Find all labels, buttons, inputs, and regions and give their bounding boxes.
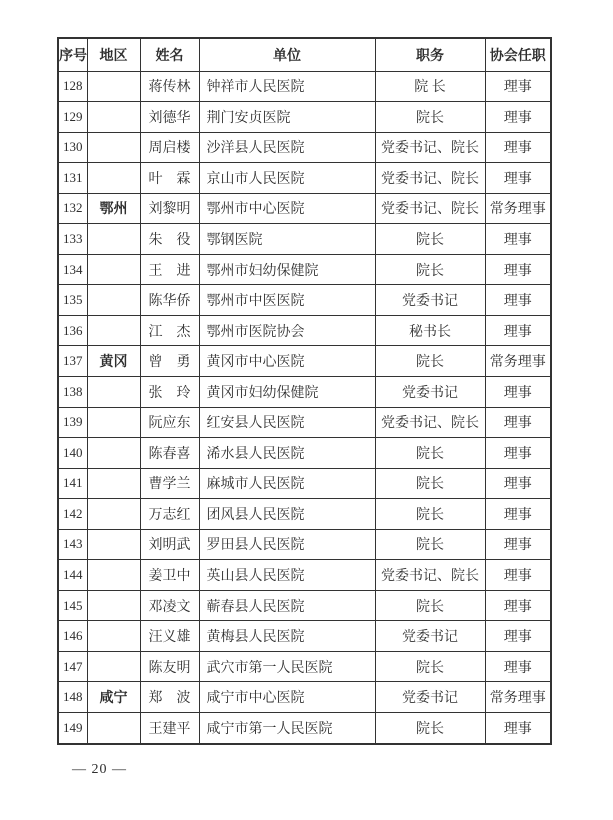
table-row: 131 叶 霖 京山市人民医院 党委书记、院长 理事 bbox=[58, 163, 551, 194]
cell-name: 江 杰 bbox=[140, 315, 199, 346]
cell-region bbox=[87, 224, 140, 255]
cell-organization: 武穴市第一人民医院 bbox=[199, 651, 375, 682]
cell-region bbox=[87, 102, 140, 133]
cell-region bbox=[87, 712, 140, 744]
cell-organization: 鄂州市医院协会 bbox=[199, 315, 375, 346]
table-row: 137 黄冈 曾 勇 黄冈市中心医院 院长 常务理事 bbox=[58, 346, 551, 377]
cell-region: 鄂州 bbox=[87, 193, 140, 224]
table-body: 128 蒋传林 钟祥市人民医院 院 长 理事 129 刘德华 荆门安贞医院 院长… bbox=[58, 71, 551, 744]
cell-region bbox=[87, 163, 140, 194]
cell-position: 院长 bbox=[375, 590, 485, 621]
cell-organization: 钟祥市人民医院 bbox=[199, 71, 375, 102]
table-row: 142 万志红 团风县人民医院 院长 理事 bbox=[58, 499, 551, 530]
cell-organization: 咸宁市第一人民医院 bbox=[199, 712, 375, 744]
cell-name: 王 进 bbox=[140, 254, 199, 285]
cell-region bbox=[87, 529, 140, 560]
cell-association-role: 理事 bbox=[485, 102, 551, 133]
table-row: 146 汪义雄 黄梅县人民医院 党委书记 理事 bbox=[58, 621, 551, 652]
cell-organization: 英山县人民医院 bbox=[199, 560, 375, 591]
cell-organization: 团风县人民医院 bbox=[199, 499, 375, 530]
cell-serial-number: 131 bbox=[58, 163, 87, 194]
cell-name: 陈华侨 bbox=[140, 285, 199, 316]
cell-serial-number: 149 bbox=[58, 712, 87, 744]
cell-association-role: 理事 bbox=[485, 590, 551, 621]
cell-serial-number: 129 bbox=[58, 102, 87, 133]
cell-position: 秘书长 bbox=[375, 315, 485, 346]
cell-serial-number: 137 bbox=[58, 346, 87, 377]
cell-organization: 蕲春县人民医院 bbox=[199, 590, 375, 621]
table-row: 135 陈华侨 鄂州市中医医院 党委书记 理事 bbox=[58, 285, 551, 316]
cell-organization: 红安县人民医院 bbox=[199, 407, 375, 438]
cell-name: 曹学兰 bbox=[140, 468, 199, 499]
cell-region bbox=[87, 621, 140, 652]
cell-association-role: 理事 bbox=[485, 315, 551, 346]
cell-serial-number: 133 bbox=[58, 224, 87, 255]
cell-position: 院长 bbox=[375, 438, 485, 469]
cell-region bbox=[87, 71, 140, 102]
cell-name: 阮应东 bbox=[140, 407, 199, 438]
cell-position: 院 长 bbox=[375, 71, 485, 102]
table-row: 129 刘德华 荆门安贞医院 院长 理事 bbox=[58, 102, 551, 133]
cell-region bbox=[87, 407, 140, 438]
header-position: 职务 bbox=[375, 38, 485, 71]
cell-name: 周启楼 bbox=[140, 132, 199, 163]
cell-position: 院长 bbox=[375, 254, 485, 285]
table-row: 132 鄂州 刘黎明 鄂州市中心医院 党委书记、院长 常务理事 bbox=[58, 193, 551, 224]
cell-serial-number: 147 bbox=[58, 651, 87, 682]
cell-region bbox=[87, 651, 140, 682]
cell-serial-number: 146 bbox=[58, 621, 87, 652]
table-header-row: 序号 地区 姓名 单位 职务 协会任职 bbox=[58, 38, 551, 71]
table-row: 148 咸宁 郑 波 咸宁市中心医院 党委书记 常务理事 bbox=[58, 682, 551, 713]
document-page: 序号 地区 姓名 单位 职务 协会任职 128 蒋传林 钟祥市人民医院 院 长 … bbox=[0, 0, 613, 820]
cell-name: 姜卫中 bbox=[140, 560, 199, 591]
table-row: 138 张 玲 黄冈市妇幼保健院 党委书记 理事 bbox=[58, 376, 551, 407]
cell-serial-number: 139 bbox=[58, 407, 87, 438]
cell-serial-number: 145 bbox=[58, 590, 87, 621]
cell-organization: 荆门安贞医院 bbox=[199, 102, 375, 133]
table-row: 130 周启楼 沙洋县人民医院 党委书记、院长 理事 bbox=[58, 132, 551, 163]
table-row: 145 邓凌文 蕲春县人民医院 院长 理事 bbox=[58, 590, 551, 621]
cell-position: 院长 bbox=[375, 346, 485, 377]
cell-position: 党委书记、院长 bbox=[375, 163, 485, 194]
table-row: 141 曹学兰 麻城市人民医院 院长 理事 bbox=[58, 468, 551, 499]
cell-name: 陈友明 bbox=[140, 651, 199, 682]
cell-name: 蒋传林 bbox=[140, 71, 199, 102]
table-row: 140 陈春喜 浠水县人民医院 院长 理事 bbox=[58, 438, 551, 469]
cell-position: 党委书记 bbox=[375, 621, 485, 652]
table-row: 139 阮应东 红安县人民医院 党委书记、院长 理事 bbox=[58, 407, 551, 438]
cell-serial-number: 136 bbox=[58, 315, 87, 346]
cell-serial-number: 148 bbox=[58, 682, 87, 713]
cell-name: 刘明武 bbox=[140, 529, 199, 560]
cell-position: 院长 bbox=[375, 651, 485, 682]
cell-name: 刘德华 bbox=[140, 102, 199, 133]
cell-serial-number: 135 bbox=[58, 285, 87, 316]
cell-name: 叶 霖 bbox=[140, 163, 199, 194]
cell-region bbox=[87, 468, 140, 499]
cell-region bbox=[87, 560, 140, 591]
cell-association-role: 理事 bbox=[485, 407, 551, 438]
cell-position: 院长 bbox=[375, 529, 485, 560]
cell-name: 王建平 bbox=[140, 712, 199, 744]
cell-organization: 鄂州市中医医院 bbox=[199, 285, 375, 316]
cell-region bbox=[87, 590, 140, 621]
cell-association-role: 常务理事 bbox=[485, 682, 551, 713]
roster-table: 序号 地区 姓名 单位 职务 协会任职 128 蒋传林 钟祥市人民医院 院 长 … bbox=[57, 37, 552, 745]
cell-association-role: 理事 bbox=[485, 71, 551, 102]
cell-organization: 咸宁市中心医院 bbox=[199, 682, 375, 713]
cell-position: 党委书记、院长 bbox=[375, 407, 485, 438]
cell-name: 万志红 bbox=[140, 499, 199, 530]
cell-organization: 浠水县人民医院 bbox=[199, 438, 375, 469]
cell-organization: 沙洋县人民医院 bbox=[199, 132, 375, 163]
cell-serial-number: 128 bbox=[58, 71, 87, 102]
header-serial-number: 序号 bbox=[58, 38, 87, 71]
cell-serial-number: 144 bbox=[58, 560, 87, 591]
cell-position: 院长 bbox=[375, 468, 485, 499]
cell-association-role: 常务理事 bbox=[485, 346, 551, 377]
cell-serial-number: 132 bbox=[58, 193, 87, 224]
table-row: 147 陈友明 武穴市第一人民医院 院长 理事 bbox=[58, 651, 551, 682]
header-name: 姓名 bbox=[140, 38, 199, 71]
cell-organization: 鄂州市妇幼保健院 bbox=[199, 254, 375, 285]
cell-serial-number: 134 bbox=[58, 254, 87, 285]
cell-organization: 黄梅县人民医院 bbox=[199, 621, 375, 652]
cell-position: 院长 bbox=[375, 224, 485, 255]
cell-name: 曾 勇 bbox=[140, 346, 199, 377]
table-row: 128 蒋传林 钟祥市人民医院 院 长 理事 bbox=[58, 71, 551, 102]
cell-position: 党委书记、院长 bbox=[375, 193, 485, 224]
cell-association-role: 常务理事 bbox=[485, 193, 551, 224]
cell-association-role: 理事 bbox=[485, 621, 551, 652]
cell-region bbox=[87, 315, 140, 346]
cell-organization: 麻城市人民医院 bbox=[199, 468, 375, 499]
cell-position: 党委书记、院长 bbox=[375, 132, 485, 163]
cell-region: 咸宁 bbox=[87, 682, 140, 713]
cell-association-role: 理事 bbox=[485, 376, 551, 407]
cell-association-role: 理事 bbox=[485, 529, 551, 560]
cell-association-role: 理事 bbox=[485, 560, 551, 591]
cell-name: 刘黎明 bbox=[140, 193, 199, 224]
cell-organization: 黄冈市中心医院 bbox=[199, 346, 375, 377]
cell-association-role: 理事 bbox=[485, 651, 551, 682]
cell-association-role: 理事 bbox=[485, 468, 551, 499]
cell-position: 党委书记 bbox=[375, 376, 485, 407]
cell-serial-number: 143 bbox=[58, 529, 87, 560]
cell-association-role: 理事 bbox=[485, 712, 551, 744]
cell-position: 院长 bbox=[375, 499, 485, 530]
cell-serial-number: 130 bbox=[58, 132, 87, 163]
table-row: 143 刘明武 罗田县人民医院 院长 理事 bbox=[58, 529, 551, 560]
cell-association-role: 理事 bbox=[485, 163, 551, 194]
cell-region bbox=[87, 438, 140, 469]
table-row: 149 王建平 咸宁市第一人民医院 院长 理事 bbox=[58, 712, 551, 744]
cell-association-role: 理事 bbox=[485, 254, 551, 285]
cell-position: 院长 bbox=[375, 712, 485, 744]
cell-region bbox=[87, 132, 140, 163]
cell-organization: 鄂钢医院 bbox=[199, 224, 375, 255]
cell-region bbox=[87, 285, 140, 316]
cell-region: 黄冈 bbox=[87, 346, 140, 377]
cell-region bbox=[87, 254, 140, 285]
cell-serial-number: 138 bbox=[58, 376, 87, 407]
page-number: — 20 — bbox=[72, 762, 127, 778]
cell-name: 陈春喜 bbox=[140, 438, 199, 469]
cell-name: 郑 波 bbox=[140, 682, 199, 713]
table-row: 136 江 杰 鄂州市医院协会 秘书长 理事 bbox=[58, 315, 551, 346]
cell-name: 张 玲 bbox=[140, 376, 199, 407]
table-row: 134 王 进 鄂州市妇幼保健院 院长 理事 bbox=[58, 254, 551, 285]
cell-association-role: 理事 bbox=[485, 438, 551, 469]
header-region: 地区 bbox=[87, 38, 140, 71]
table-row: 144 姜卫中 英山县人民医院 党委书记、院长 理事 bbox=[58, 560, 551, 591]
cell-region bbox=[87, 499, 140, 530]
cell-organization: 黄冈市妇幼保健院 bbox=[199, 376, 375, 407]
cell-name: 邓凌文 bbox=[140, 590, 199, 621]
cell-organization: 鄂州市中心医院 bbox=[199, 193, 375, 224]
table-row: 133 朱 役 鄂钢医院 院长 理事 bbox=[58, 224, 551, 255]
cell-organization: 京山市人民医院 bbox=[199, 163, 375, 194]
cell-association-role: 理事 bbox=[485, 224, 551, 255]
cell-region bbox=[87, 376, 140, 407]
cell-name: 朱 役 bbox=[140, 224, 199, 255]
cell-association-role: 理事 bbox=[485, 499, 551, 530]
header-association-role: 协会任职 bbox=[485, 38, 551, 71]
cell-serial-number: 140 bbox=[58, 438, 87, 469]
cell-position: 院长 bbox=[375, 102, 485, 133]
cell-position: 党委书记、院长 bbox=[375, 560, 485, 591]
cell-serial-number: 142 bbox=[58, 499, 87, 530]
cell-serial-number: 141 bbox=[58, 468, 87, 499]
cell-name: 汪义雄 bbox=[140, 621, 199, 652]
cell-association-role: 理事 bbox=[485, 132, 551, 163]
cell-position: 党委书记 bbox=[375, 682, 485, 713]
cell-organization: 罗田县人民医院 bbox=[199, 529, 375, 560]
cell-association-role: 理事 bbox=[485, 285, 551, 316]
cell-position: 党委书记 bbox=[375, 285, 485, 316]
header-organization: 单位 bbox=[199, 38, 375, 71]
